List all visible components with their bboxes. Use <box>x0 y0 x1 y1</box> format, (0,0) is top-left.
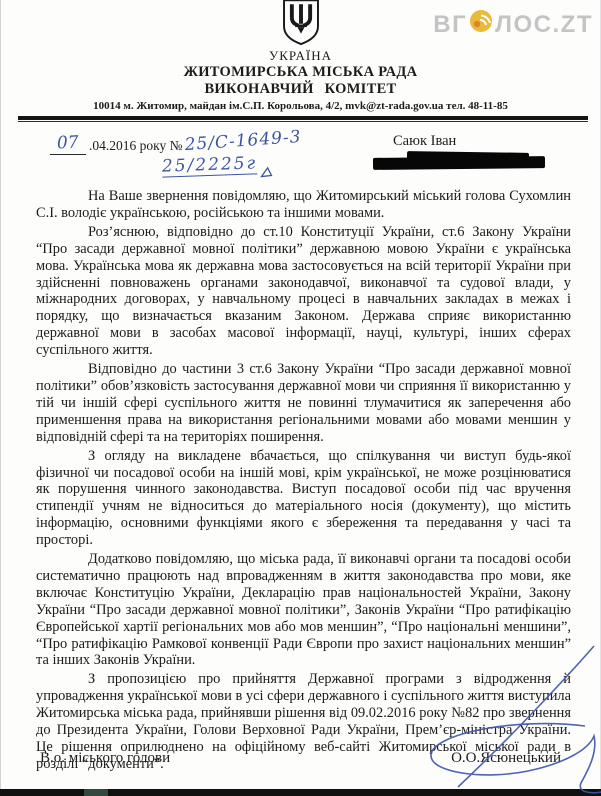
handwritten-outgoing-number: 25/С-1649-3 <box>184 128 302 154</box>
letter-body: На Ваше звернення повідомляю, що Житомир… <box>36 188 571 773</box>
country-name: УКРАЇНА <box>0 48 601 63</box>
date-day-slot: 07 <box>50 134 86 155</box>
header-divider <box>18 116 588 122</box>
reference-block: 07 .04.2016 року № 25/С-1649-3 25/2225г <box>50 130 301 182</box>
reference-recipient-row: 07 .04.2016 року № 25/С-1649-3 25/2225г … <box>50 130 573 182</box>
watermark-text-suffix: ЛОС.ZT <box>495 11 593 39</box>
watermark-vgolos-zt: ВГ ЛОС.ZT <box>433 8 593 41</box>
sound-wave-circle-icon <box>468 8 494 41</box>
recipient-block: Саюк Іван <box>373 130 573 182</box>
signature-row: В.о. міського голови О.О.Ясюнецький <box>40 750 571 767</box>
department-name: ВИКОНАВЧИЙ КОМІТЕТ <box>0 81 601 97</box>
redaction-bar-main <box>373 156 545 170</box>
scanned-letter-page: ВГ ЛОС.ZT УКРАЇНА ЖИТОМИРСЬКА МІСЬКА РАД… <box>0 0 601 796</box>
scan-bottom-edge <box>0 789 601 796</box>
paragraph-4: З огляду на викладене вбачається, що спі… <box>36 448 571 549</box>
paragraph-5: Додатково повідомляю, що міська рада, її… <box>36 551 571 669</box>
watermark-text-prefix: ВГ <box>433 11 467 39</box>
signer-position: В.о. міського голови <box>40 750 170 767</box>
handwritten-triangle-flourish <box>259 164 275 178</box>
signer-name: О.О.Ясюнецький <box>451 750 561 767</box>
paragraph-1: На Ваше звернення повідомляю, що Житомир… <box>36 188 571 222</box>
paragraph-3: Відповідно до частини 3 ст.6 Закону Укра… <box>36 361 571 446</box>
redaction-bar <box>373 153 573 171</box>
organization-name: ЖИТОМИРСЬКА МІСЬКА РАДА <box>0 64 601 80</box>
handwritten-day: 07 <box>57 133 80 152</box>
recipient-name: Саюк Іван <box>393 133 573 150</box>
scan-edge-artifact <box>84 789 108 796</box>
printed-date-label: .04.2016 року № <box>86 138 185 155</box>
paragraph-2: Роз’яснюю, відповідно до ст.10 Конституц… <box>36 224 571 359</box>
handwritten-incoming-number: 25/2225г <box>162 154 258 177</box>
letterhead-address: 10014 м. Житомир, майдан ім.С.П. Корольо… <box>0 100 601 113</box>
ukraine-trident-emblem-icon <box>280 0 322 46</box>
